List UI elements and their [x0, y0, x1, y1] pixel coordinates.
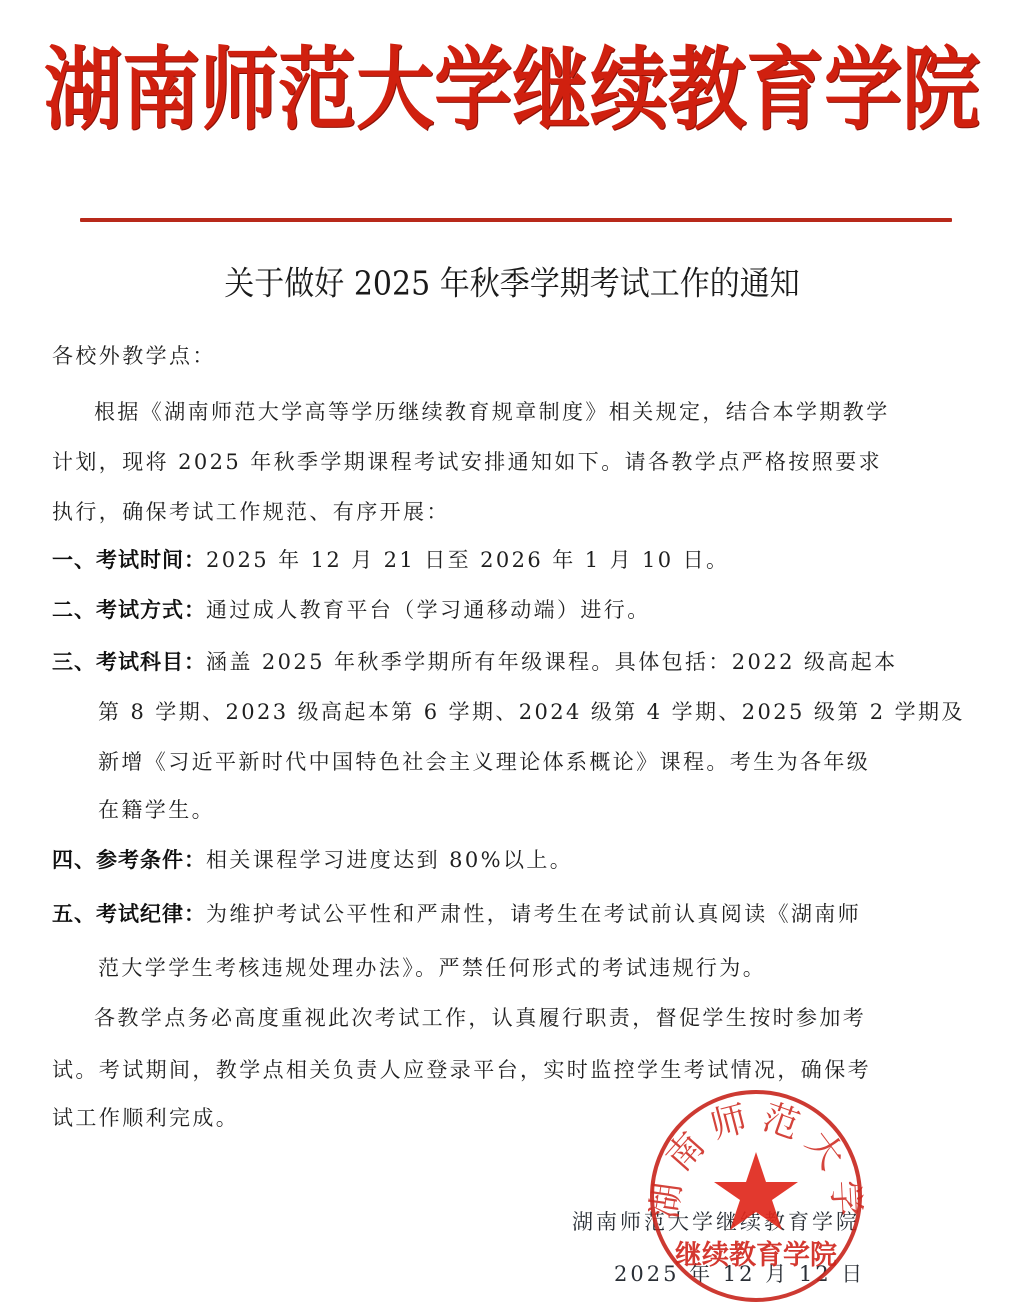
closing-line-3: 试工作顺利完成。	[52, 1102, 239, 1132]
intro-line-1: 根据《湖南师范大学高等学历继续教育规章制度》相关规定，结合本学期教学	[94, 396, 890, 426]
item-eligibility: 四、参考条件：相关课程学习进度达到 80%以上。	[52, 844, 573, 874]
item-text: 2025 年 12 月 21 日至 2026 年 1 月 10 日。	[206, 548, 729, 572]
item-exam-time: 一、考试时间：2025 年 12 月 21 日至 2026 年 1 月 10 日…	[52, 544, 729, 574]
item-heading: 二、考试方式：	[52, 598, 206, 622]
item-exam-subjects-line-4: 在籍学生。	[98, 794, 215, 824]
item-text: 为维护考试公平性和严肃性，请考生在考试前认真阅读《湖南师	[206, 902, 861, 926]
closing-line-2: 试。考试期间，教学点相关负责人应登录平台，实时监控学生考试情况，确保考	[52, 1054, 871, 1084]
letterhead-red-rule	[80, 218, 952, 222]
item-exam-subjects: 三、考试科目：涵盖 2025 年秋季学期所有年级课程。具体包括：2022 级高起…	[52, 646, 898, 676]
salutation: 各校外教学点：	[52, 340, 216, 370]
item-heading: 五、考试纪律：	[52, 902, 206, 926]
item-discipline-line-2: 范大学学生考核违规处理办法》。严禁任何形式的考试违规行为。	[98, 952, 766, 982]
seal-bottom-text: 继续教育学院	[675, 1239, 837, 1271]
item-exam-subjects-line-2: 第 8 学期、2023 级高起本第 6 学期、2024 级第 4 学期、2025…	[98, 696, 965, 726]
intro-line-2: 计划，现将 2025 年秋季学期课程考试安排通知如下。请各教学点严格按照要求	[52, 446, 882, 476]
item-heading: 三、考试科目：	[52, 650, 206, 674]
letterhead-institution-name: 湖南师范大学继续教育学院	[0, 18, 1024, 147]
item-exam-subjects-line-3: 新增《习近平新时代中国特色社会主义理论体系概论》课程。考生为各年级	[98, 746, 870, 776]
item-heading: 一、考试时间：	[52, 548, 206, 572]
item-text: 涵盖 2025 年秋季学期所有年级课程。具体包括：2022 级高起本	[206, 650, 898, 674]
official-seal: 湖南师范大学 继续教育学院	[648, 1088, 864, 1304]
star-icon	[714, 1152, 798, 1230]
notice-title: 关于做好 2025 年秋季学期考试工作的通知	[0, 256, 1024, 304]
item-text: 通过成人教育平台（学习通移动端）进行。	[206, 598, 651, 622]
item-discipline: 五、考试纪律：为维护考试公平性和严肃性，请考生在考试前认真阅读《湖南师	[52, 898, 861, 928]
item-heading: 四、参考条件：	[52, 848, 206, 872]
intro-line-3: 执行，确保考试工作规范、有序开展：	[52, 496, 450, 526]
item-exam-method: 二、考试方式：通过成人教育平台（学习通移动端）进行。	[52, 594, 651, 624]
closing-line-1: 各教学点务必高度重视此次考试工作，认真履行职责，督促学生按时参加考	[94, 1002, 866, 1032]
item-text: 相关课程学习进度达到 80%以上。	[206, 848, 573, 872]
